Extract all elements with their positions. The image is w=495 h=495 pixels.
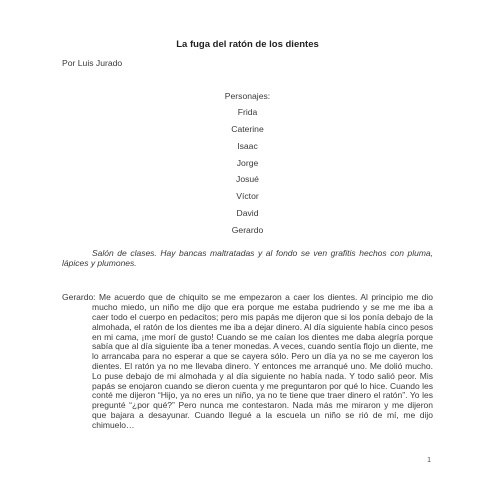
character-name-frida: Frida xyxy=(62,108,433,118)
character-name-jorge: Jorge xyxy=(62,159,433,169)
stage-direction: Salón de clases. Hay bancas maltratadas … xyxy=(62,248,433,268)
document-page: La fuga del ratón de los dientes Por Lui… xyxy=(0,0,495,495)
character-name-gerardo: Gerardo xyxy=(62,226,433,236)
page-number: 1 xyxy=(427,457,431,464)
character-name-isaac: Isaac xyxy=(62,142,433,152)
document-title: La fuga del ratón de los dientes xyxy=(62,40,433,50)
dialogue-paragraph: Gerardo: Me acuerdo que de chiquito se m… xyxy=(62,293,433,430)
author-byline: Por Luis Jurado xyxy=(62,58,433,68)
character-name-josue: Josué xyxy=(62,175,433,185)
dialogue-speaker: Gerardo: xyxy=(62,292,96,302)
character-name-caterine: Caterine xyxy=(62,125,433,135)
characters-heading: Personajes: xyxy=(62,91,433,101)
character-name-victor: Víctor xyxy=(62,192,433,202)
character-name-david: David xyxy=(62,209,433,219)
dialogue-text: Me acuerdo que de chiquito se me empezar… xyxy=(92,292,433,429)
